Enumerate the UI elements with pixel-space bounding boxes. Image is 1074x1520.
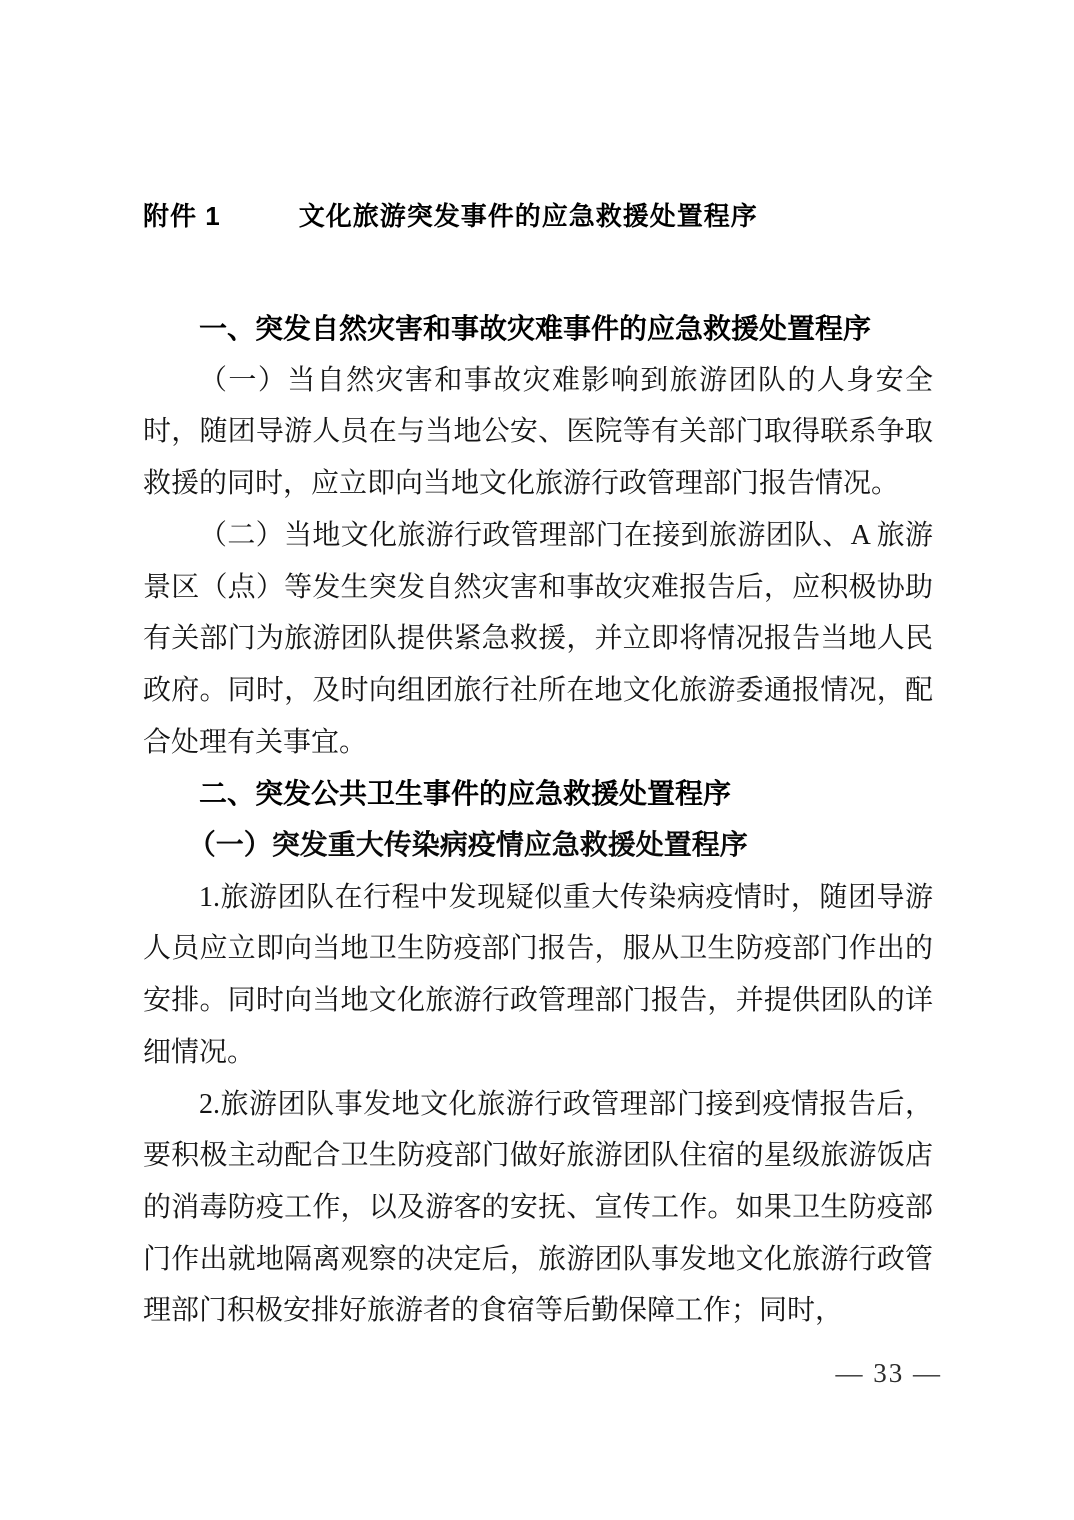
paragraph-2-1: 1.旅游团队在行程中发现疑似重大传染病疫情时，随团导游人员应立即向当地卫生防疫部… (143, 872, 933, 1079)
section-2-heading: 二、突发公共卫生事件的应急救援处置程序 (143, 768, 933, 820)
section-1-heading: 一、突发自然灾害和事故灾难事件的应急救援处置程序 (143, 303, 933, 355)
section-2-subheading: （一）突发重大传染病疫情应急救援处置程序 (143, 820, 933, 872)
document-title: 文化旅游突发事件的应急救援处置程序 (299, 196, 758, 236)
paragraph-1-1: （一）当自然灾害和事故灾难影响到旅游团队的人身安全时，随团导游人员在与当地公安、… (143, 355, 933, 510)
document-header: 附件 1 文化旅游突发事件的应急救援处置程序 (143, 196, 933, 236)
attachment-label: 附件 1 (143, 196, 221, 236)
document-page: 附件 1 文化旅游突发事件的应急救援处置程序 一、突发自然灾害和事故灾难事件的应… (0, 0, 1074, 1520)
document-content: 附件 1 文化旅游突发事件的应急救援处置程序 一、突发自然灾害和事故灾难事件的应… (143, 196, 933, 1337)
paragraph-2-2: 2.旅游团队事发地文化旅游行政管理部门接到疫情报告后，要积极主动配合卫生防疫部门… (143, 1079, 933, 1338)
paragraph-1-2: （二）当地文化旅游行政管理部门在接到旅游团队、A 旅游景区（点）等发生突发自然灾… (143, 510, 933, 769)
page-number: — 33 — (836, 1358, 943, 1389)
